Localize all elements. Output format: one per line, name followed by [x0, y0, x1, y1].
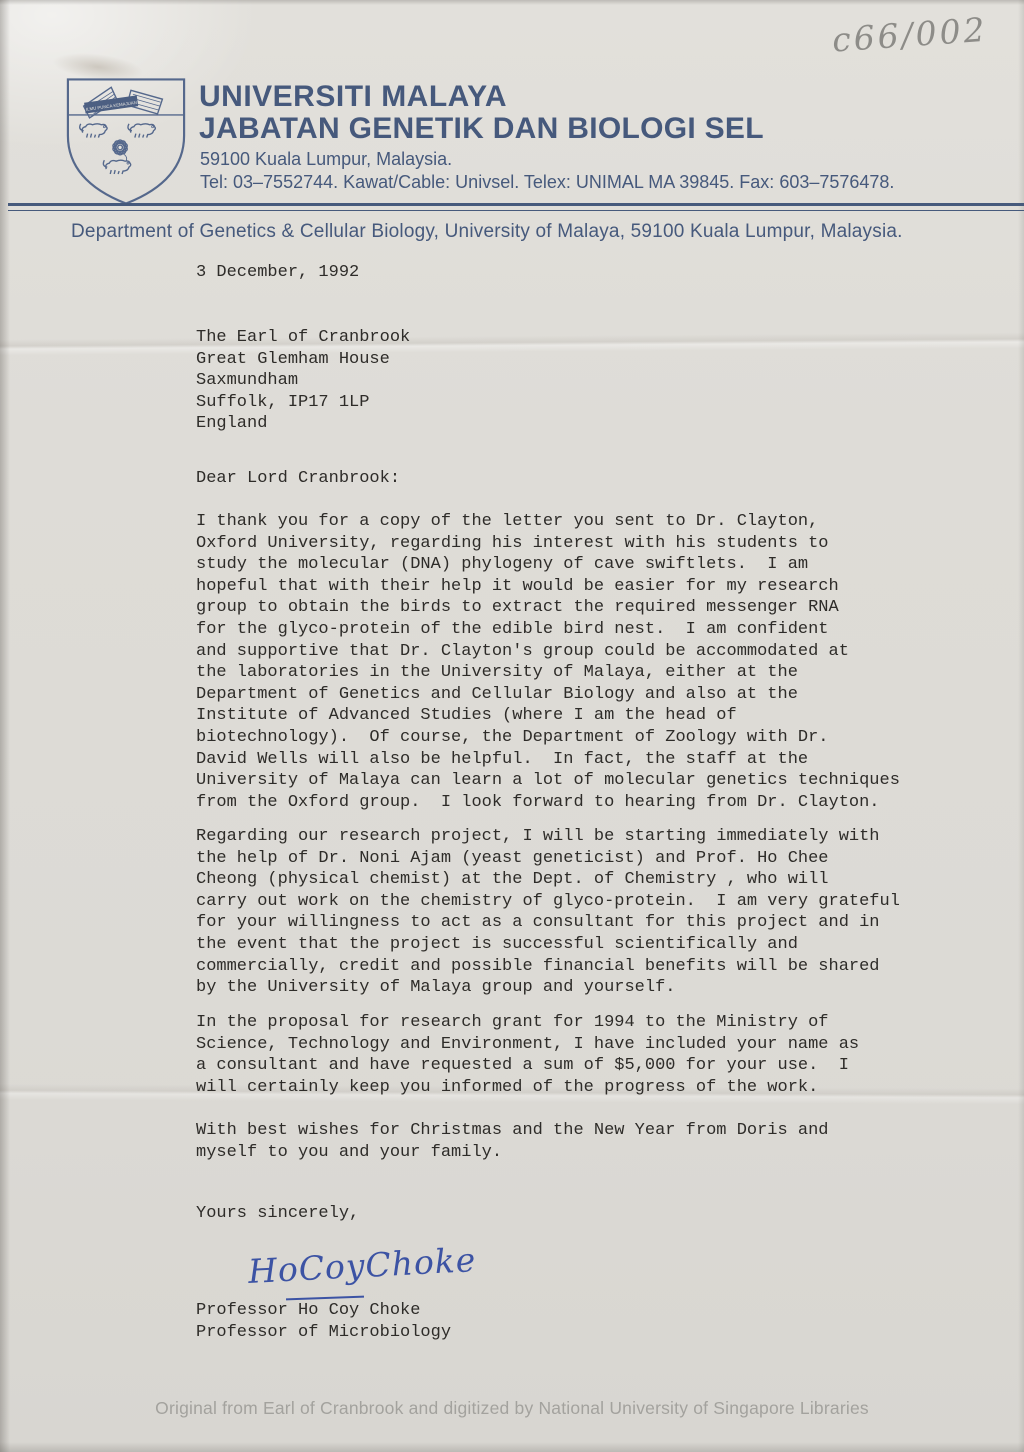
letterhead-contact-line: Tel: 03–7552744. Kawat/Cable: Univsel. T… [200, 172, 894, 193]
archive-reference-handwritten: c66/002 [831, 7, 1023, 59]
signer-title: Professor of Microbiology [196, 1322, 451, 1344]
scanned-letter-page: c66/002 ILMU PUNCA KEMAJUAN [0, 0, 1024, 1452]
scan-edge-bottom [0, 1442, 1024, 1452]
body-paragraph-2: Regarding our research project, I will b… [196, 826, 900, 999]
scan-edge-right [1018, 0, 1024, 1452]
scan-edge-left [0, 0, 10, 1452]
handwritten-signature: HoCoyChoke [247, 1240, 477, 1291]
letter-date: 3 December, 1992 [196, 262, 359, 284]
salutation: Dear Lord Cranbrook: [196, 468, 400, 490]
letterhead-address: 59100 Kuala Lumpur, Malaysia. [200, 149, 452, 170]
scan-edge-top [0, 0, 1024, 5]
body-paragraph-3: In the proposal for research grant for 1… [196, 1012, 859, 1098]
closing-line: Yours sincerely, [196, 1203, 359, 1225]
body-paragraph-1: I thank you for a copy of the letter you… [196, 511, 900, 813]
body-paragraph-4: With best wishes for Christmas and the N… [196, 1120, 829, 1163]
university-crest-icon: ILMU PUNCA KEMAJUAN [62, 74, 190, 208]
paper-fold-crease-upper [0, 332, 1024, 355]
recipient-address-block: The Earl of Cranbrook Great Glemham Hous… [196, 327, 410, 435]
letterhead-department-english: Department of Genetics & Cellular Biolog… [71, 221, 903, 243]
signer-name: Professor Ho Coy Choke [196, 1300, 420, 1322]
letterhead-divider-rule [8, 203, 1024, 211]
letterhead-university-name: UNIVERSITI MALAYA [199, 80, 507, 114]
letterhead-department-malay: JABATAN GENETIK DAN BIOLOGI SEL [199, 112, 764, 146]
digitization-credit: Original from Earl of Cranbrook and digi… [0, 1398, 1024, 1419]
